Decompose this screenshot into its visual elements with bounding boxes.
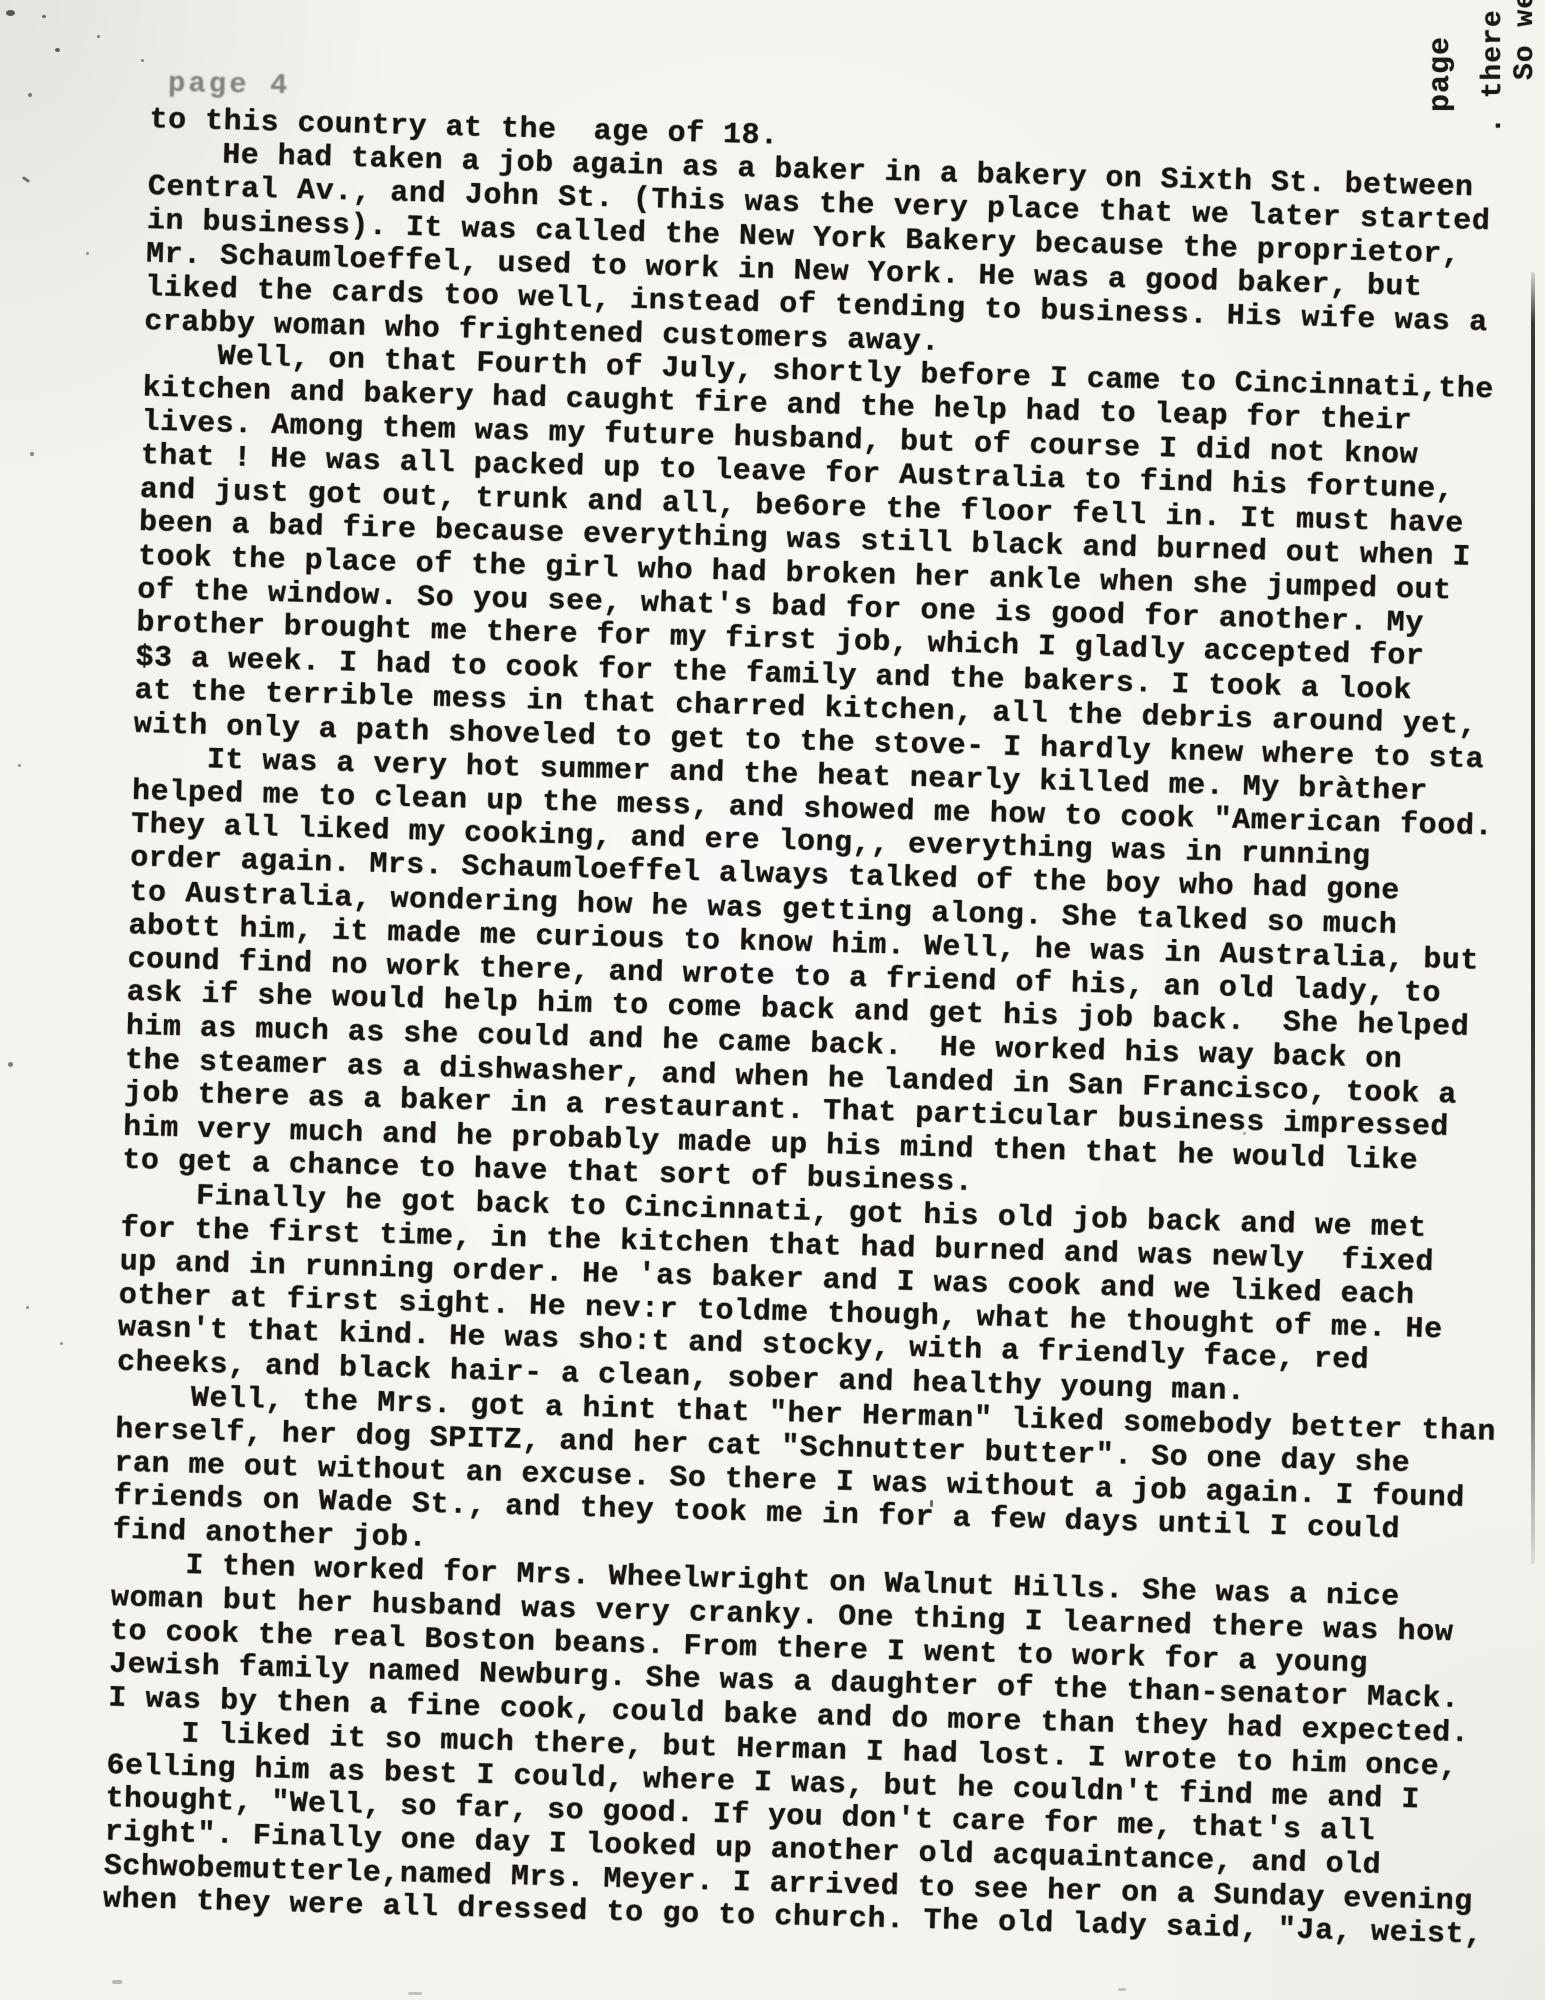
noise-speck: [26, 1306, 29, 1309]
noise-speck: [28, 93, 32, 97]
edge-note-page: page: [1424, 36, 1458, 112]
noise-speck: [86, 252, 89, 255]
scan-edge-line: [1531, 272, 1535, 1564]
noise-speck: [8, 1062, 13, 1067]
noise-speck: [30, 452, 34, 456]
noise-speck: [6, 10, 15, 16]
noise-speck: [141, 59, 144, 62]
edge-note-there: . there: [1478, 9, 1509, 134]
scanned-page: page 4 to this country at the age of 18.…: [0, 0, 1545, 2000]
noise-speck: [97, 35, 100, 38]
noise-speck: [18, 764, 21, 767]
noise-speck: [22, 176, 30, 183]
noise-speck: [42, 15, 46, 18]
noise-speck: [408, 1992, 422, 1995]
noise-speck: [930, 1500, 933, 1507]
page-number: page 4: [168, 67, 291, 103]
text-block: to this country at the age of 18. He had…: [103, 104, 1545, 1955]
noise-speck: [60, 1342, 63, 1345]
noise-speck: [1118, 1988, 1126, 1991]
noise-speck: [55, 48, 60, 52]
noise-speck: [112, 1980, 122, 1984]
noise-speck: [1243, 1132, 1246, 1135]
edge-note-so-we: So we: [1510, 0, 1541, 80]
